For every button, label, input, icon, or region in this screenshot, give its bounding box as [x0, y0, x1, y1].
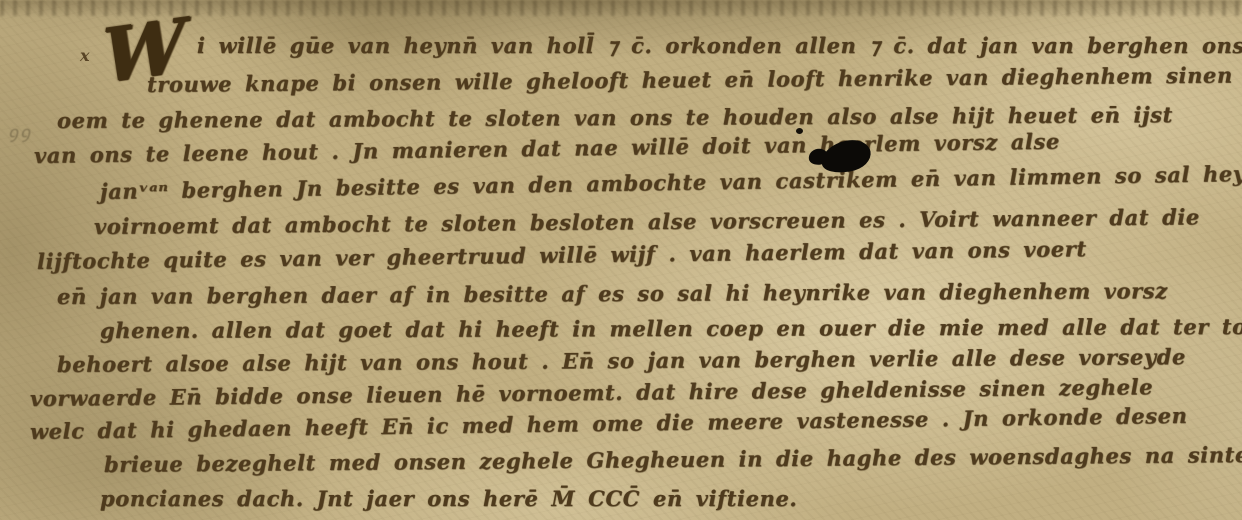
manuscript-line: voirnoemt dat ambocht te sloten besloten… [94, 204, 1200, 239]
manuscript-line: lijftochte quite es van ver gheertruud w… [37, 236, 1087, 274]
manuscript-line: trouwe knape bi onsen wille ghelooft heu… [147, 63, 1233, 97]
manuscript-line: i willē gūe van heynn̄ van holl̄ ⁊ c̄. o… [197, 33, 1242, 58]
margin-number-mark: ꝯꝯ [8, 120, 32, 143]
manuscript-line: janᵛᵃⁿ berghen Jn besitte es van den amb… [100, 160, 1242, 204]
manuscript-line: behoert alsoe alse hijt van ons hout . E… [57, 344, 1186, 377]
manuscript-line: en̄ jan van berghen daer af in besitte a… [57, 278, 1168, 309]
margin-cross-mark: x [80, 46, 90, 65]
manuscript-line: oem te ghenene dat ambocht te sloten van… [57, 102, 1173, 133]
manuscript-line: poncianes dach. Jnt jaer ons herē M̄ CCC… [100, 486, 797, 511]
manuscript-line: brieue bezeghelt med onsen zeghele Ghegh… [104, 442, 1242, 477]
manuscript-page: x ꝯꝯ W i willē gūe van heynn̄ van holl̄ … [0, 0, 1242, 520]
manuscript-line: ghenen. allen dat goet dat hi heeft in m… [100, 314, 1242, 343]
ink-blot-dot [796, 128, 803, 134]
manuscript-line: van ons te leene hout . Jn manieren dat … [34, 129, 1060, 168]
